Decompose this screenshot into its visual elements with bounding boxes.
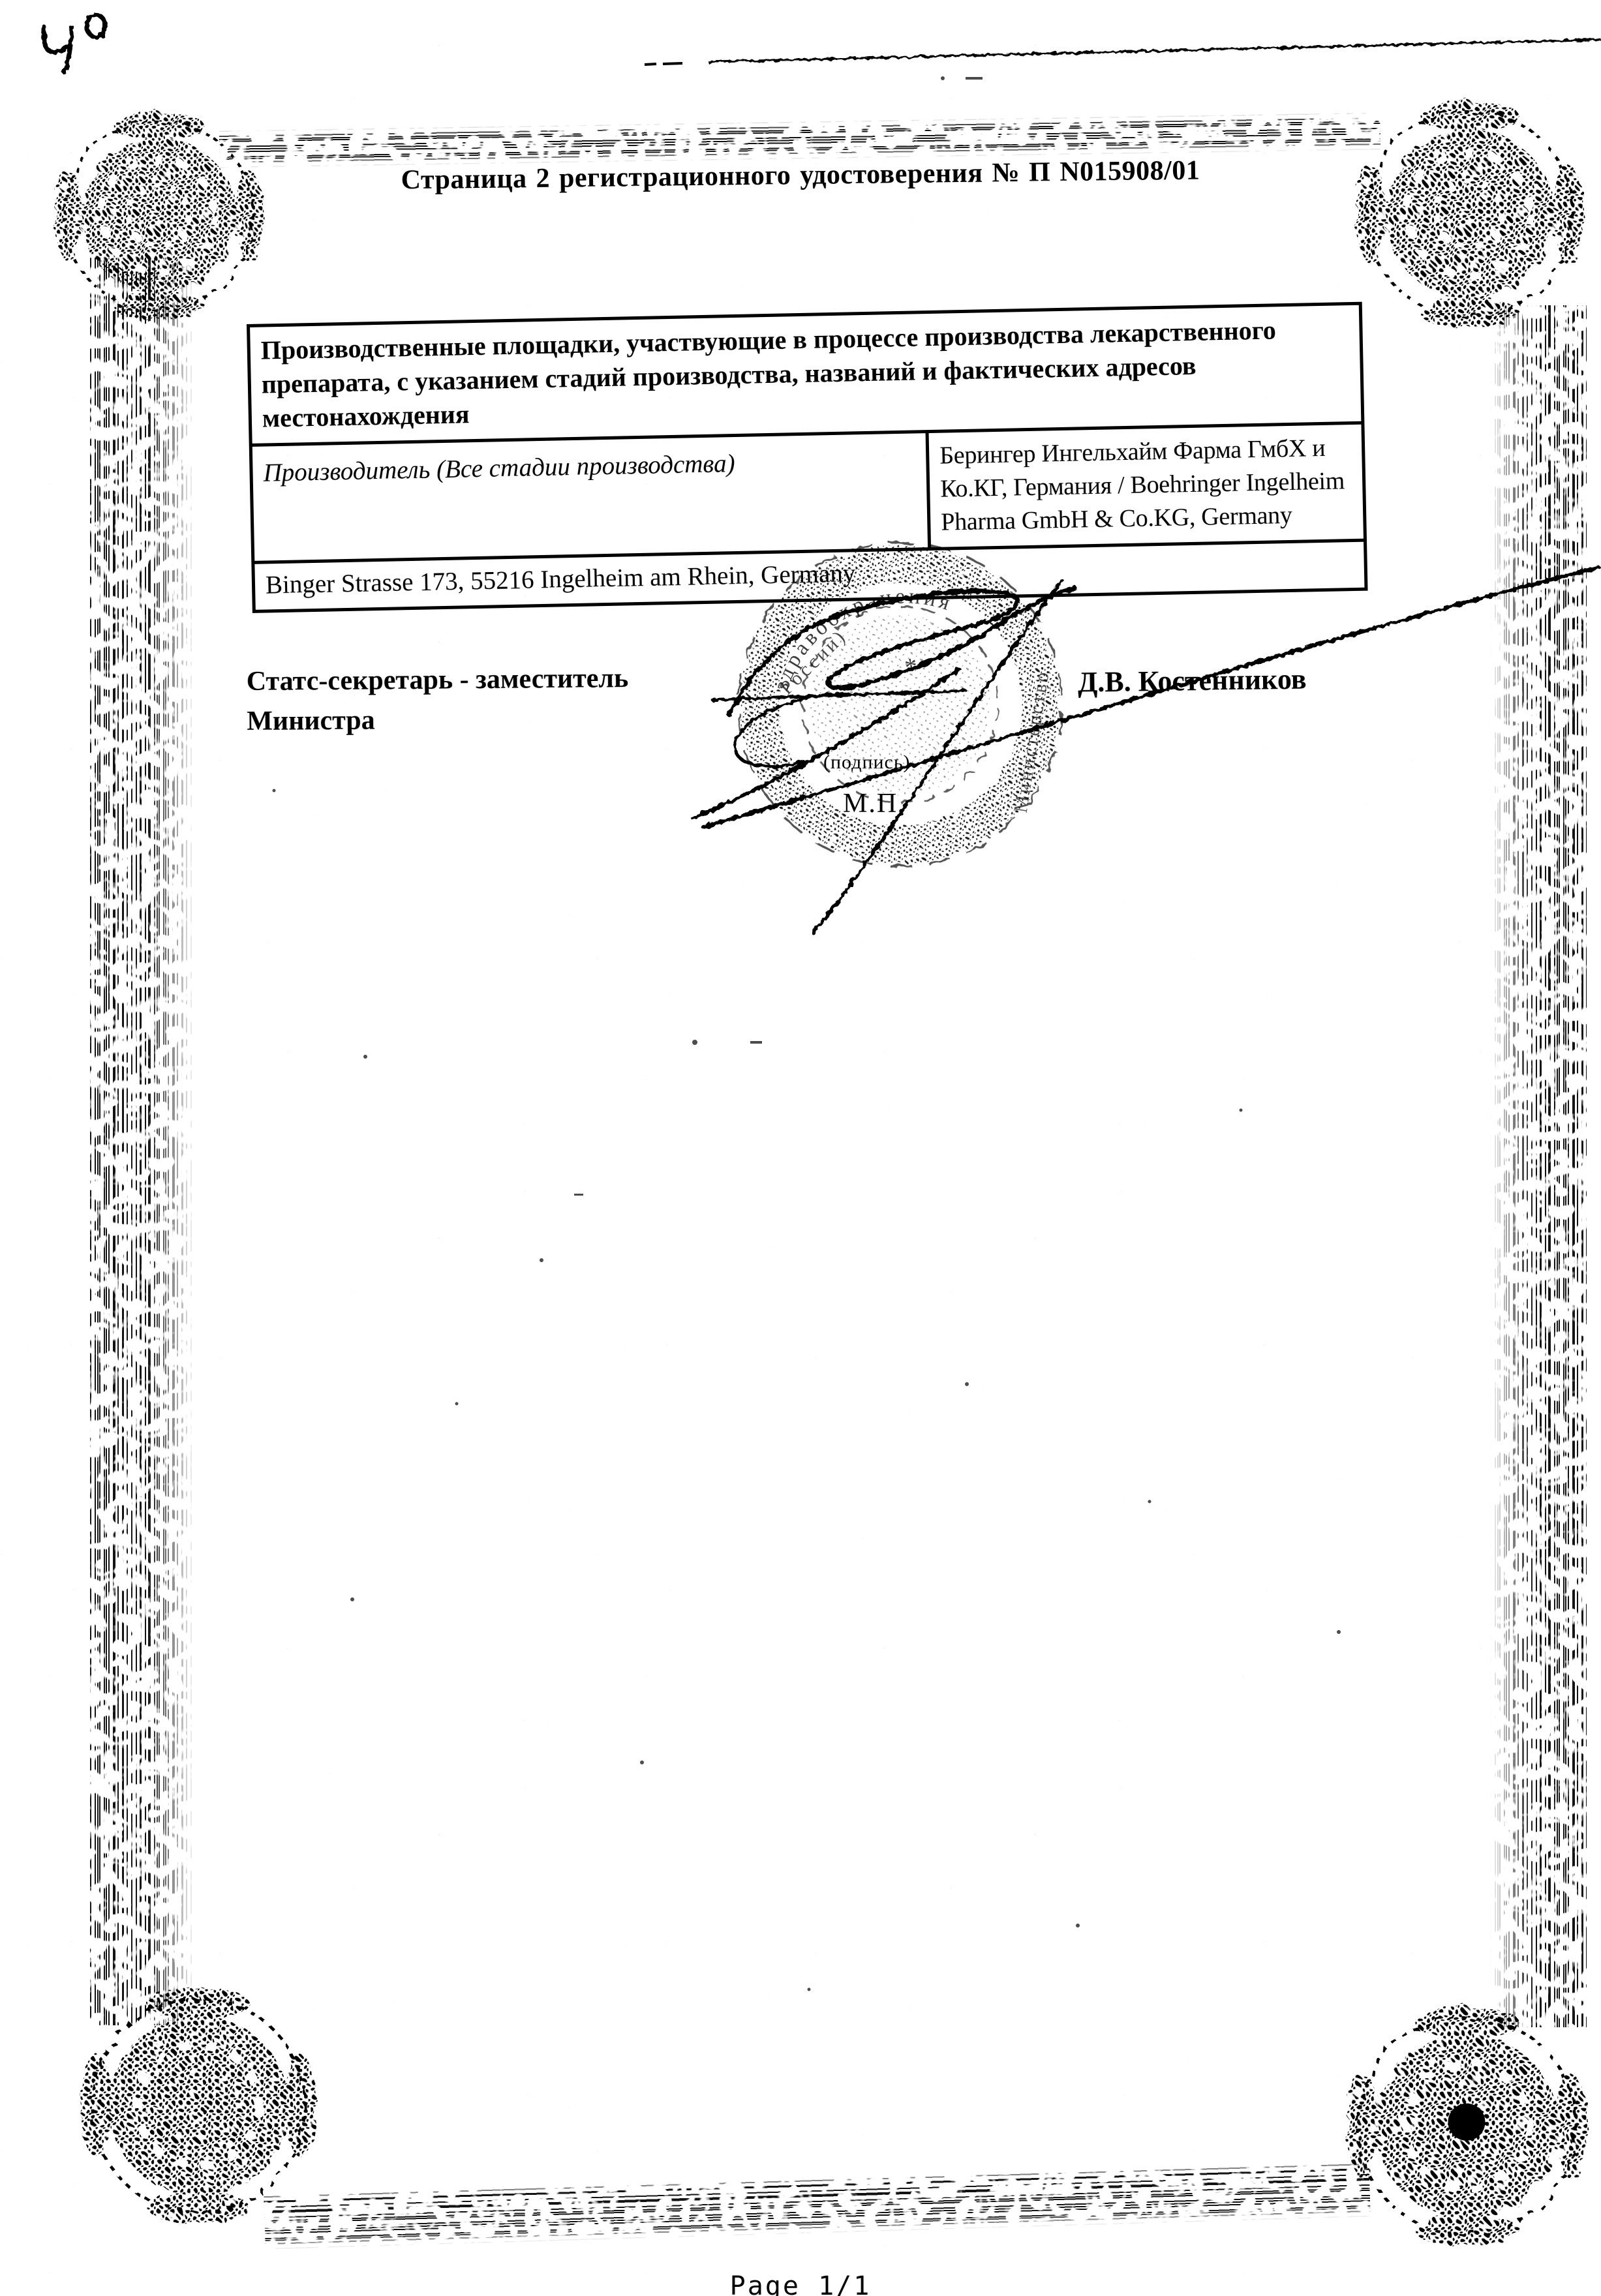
border-rosette-bottom-left — [77, 1975, 320, 2236]
border-band-bottom — [264, 2160, 1371, 2250]
top-scan-line — [0, 0, 1601, 91]
border-rosette-top-left — [51, 103, 266, 328]
page-number-indicator: Page 1/1 — [0, 2271, 1601, 2296]
border-band-right — [1490, 305, 1587, 2027]
ink-dot — [1448, 2104, 1486, 2141]
border-rosette-bottom-right — [1343, 1993, 1591, 2259]
scanned-certificate-page: ч° — [0, 0, 1601, 2296]
border-band-left — [90, 258, 196, 2025]
signer-title: Статс-секретарь - заместитель Министра — [246, 658, 716, 742]
table-header-cell: Производственные площадки, участвующие в… — [250, 305, 1361, 444]
ministry-stamp-seal: здравоохранения России) Министерство * — [716, 519, 1085, 894]
border-rosette-top-right — [1352, 90, 1587, 338]
signer-name: Д.В. Костенников — [1078, 663, 1307, 699]
seal-place-mark: М.П. — [843, 788, 906, 819]
signature-caption: (подпись) — [823, 751, 911, 774]
